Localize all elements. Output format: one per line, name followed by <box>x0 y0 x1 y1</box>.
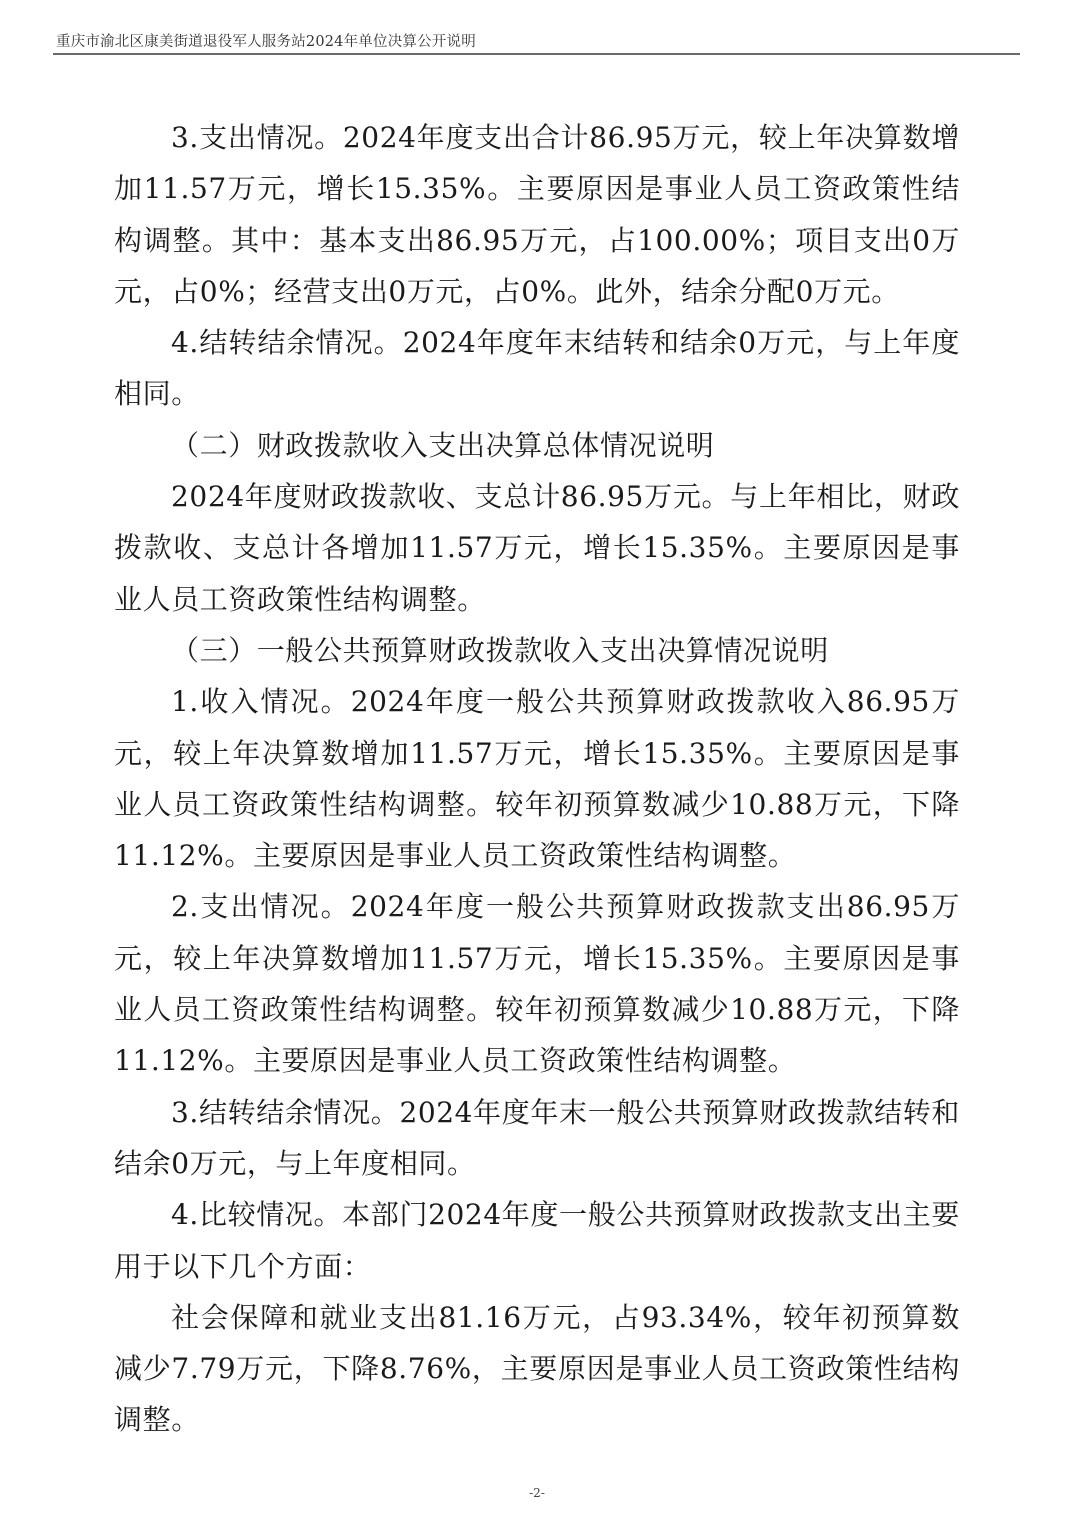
document-body: 3.支出情况。2024年度支出合计86.95万元，较上年决算数增加11.57万元… <box>114 112 960 1446</box>
paragraph-gpb-income: 1.收入情况。2024年度一般公共预算财政拨款收入86.95万元，较上年决算数增… <box>114 676 960 881</box>
header-divider <box>53 53 1020 55</box>
paragraph-social-security: 社会保障和就业支出81.16万元，占93.34%，较年初预算数减少7.79万元，… <box>114 1292 960 1446</box>
paragraph-comparison: 4.比较情况。本部门2024年度一般公共预算财政拨款支出主要用于以下几个方面： <box>114 1189 960 1292</box>
paragraph-carryover: 4.结转结余情况。2024年度年末结转和结余0万元，与上年度相同。 <box>114 317 960 420</box>
running-header: 重庆市渝北区康美街道退役军人服务站2024年单位决算公开说明 <box>56 30 476 51</box>
paragraph-gpb-carryover: 3.结转结余情况。2024年度年末一般公共预算财政拨款结转和结余0万元，与上年度… <box>114 1087 960 1190</box>
section-heading-2: （二）财政拨款收入支出决算总体情况说明 <box>114 420 960 471</box>
paragraph-expenditure: 3.支出情况。2024年度支出合计86.95万元，较上年决算数增加11.57万元… <box>114 112 960 317</box>
paragraph-fiscal-total: 2024年度财政拨款收、支总计86.95万元。与上年相比，财政拨款收、支总计各增… <box>114 471 960 625</box>
section-heading-3: （三）一般公共预算财政拨款收入支出决算情况说明 <box>114 625 960 676</box>
page-number: -2- <box>0 1486 1074 1500</box>
paragraph-gpb-expenditure: 2.支出情况。2024年度一般公共预算财政拨款支出86.95万元，较上年决算数增… <box>114 881 960 1086</box>
